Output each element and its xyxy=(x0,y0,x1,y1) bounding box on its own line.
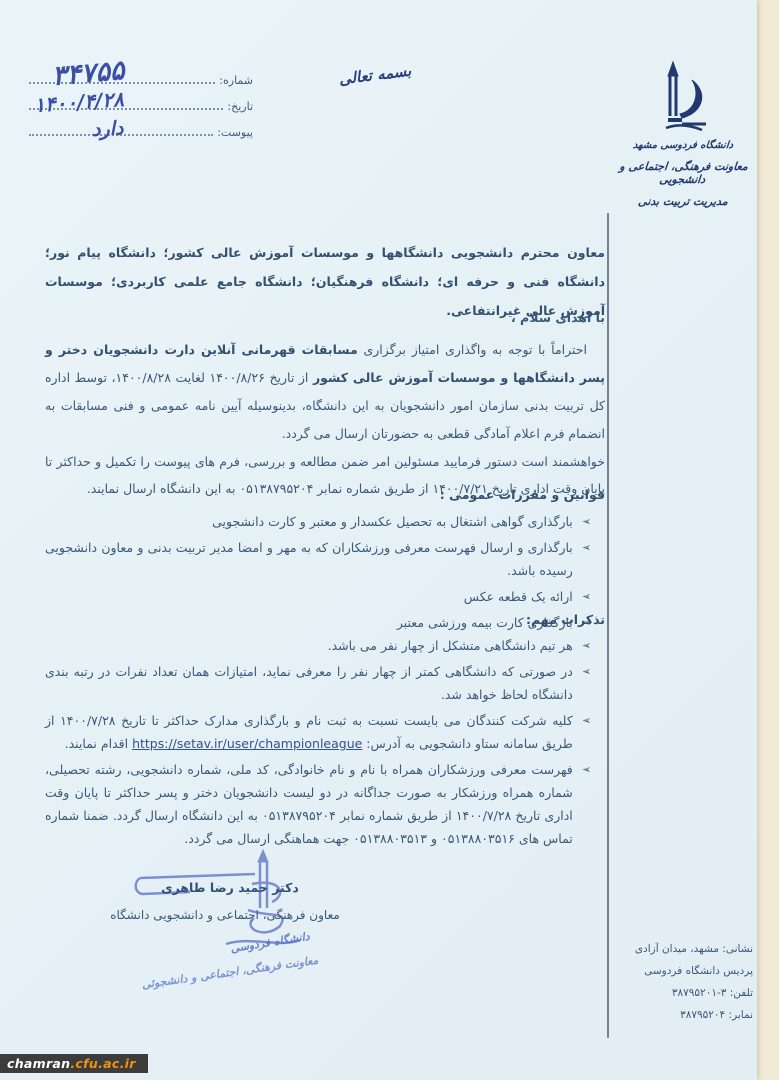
letterhead-university-name: دانشگاه فردوسی مشهد xyxy=(607,140,758,151)
notes-list: ➢ هر تیم دانشگاهی متشکل از چهار نفر می ب… xyxy=(45,634,605,853)
letterhead: دانشگاه فردوسی مشهد معاونت فرهنگی، اجتما… xyxy=(608,58,758,208)
notes-item: ➢ در صورتی که دانشگاهی کمتر از چهار نفر … xyxy=(45,660,605,706)
watermark-site-domain: .cfu.ac.ir xyxy=(70,1056,135,1071)
handwritten-attachment-value: دارد xyxy=(91,117,123,141)
rules-item-text: بارگذاری گواهی اشتغال به تحصیل عکسدار و … xyxy=(45,510,573,533)
bullet-arrow-icon: ➢ xyxy=(582,709,591,755)
salutation: با اهدای سلام ، xyxy=(45,310,605,325)
scanned-letter-page: شماره: تاریخ: پیوست: ۳۴۷۵۵ ۱۴۰۰/۴/۲۸ دار… xyxy=(0,0,757,1080)
footer-address-line1: نشانی: مشهد، میدان آزادی xyxy=(615,938,753,960)
notes-item-text: فهرست معرفی ورزشکاران همراه با نام و نام… xyxy=(45,758,573,850)
letterhead-department-line2: مدیریت تربیت بدنی xyxy=(607,195,758,208)
footer-contact-block: نشانی: مشهد، میدان آزادی پردیس دانشگاه ف… xyxy=(615,938,753,1026)
bullet-arrow-icon: ➢ xyxy=(582,634,591,657)
intro-paragraph-start: احتراماً با توجه به واگذاری امتیاز برگزا… xyxy=(358,342,587,357)
footer-address-line2: پردیس دانشگاه فردوسی xyxy=(615,960,753,982)
notes-item-text: در صورتی که دانشگاهی کمتر از چهار نفر را… xyxy=(45,660,573,706)
rules-item: ➢ ارائه یک قطعه عکس xyxy=(45,585,605,608)
bullet-arrow-icon: ➢ xyxy=(582,758,591,850)
number-label: شماره: xyxy=(219,74,253,87)
university-logo-icon xyxy=(652,58,714,136)
signature-block: دکتر حمید رضا طاهری معاون فرهنگی، اجتماع… xyxy=(60,848,390,1008)
letterhead-vertical-rule xyxy=(607,213,609,1038)
bullet-arrow-icon: ➢ xyxy=(582,510,591,533)
bismillah-calligraphy: بسمه تعالی xyxy=(329,61,421,90)
notes-item: ➢ هر تیم دانشگاهی متشکل از چهار نفر می ب… xyxy=(45,634,605,657)
rules-item: ➢ بارگذاری و ارسال فهرست معرفی ورزشکاران… xyxy=(45,536,605,582)
attachment-row: پیوست: xyxy=(25,122,253,148)
attachment-label: پیوست: xyxy=(217,126,253,139)
registration-text-after: اقدام نمایند. xyxy=(65,736,132,751)
notes-item-registration: ➢ کلیه شرکت کنندگان می بایست نسبت به ثبت… xyxy=(45,709,605,755)
date-label: تاریخ: xyxy=(227,100,253,113)
rules-item-text: ارائه یک قطعه عکس xyxy=(45,585,573,608)
notes-item-text: هر تیم دانشگاهی متشکل از چهار نفر می باش… xyxy=(45,634,573,657)
footer-fax: نمابر: ۳۸۷۹۵۲۰۴ xyxy=(615,1004,753,1026)
letterhead-department-line1: معاونت فرهنگی، اجتماعی و دانشجویی xyxy=(607,160,760,186)
notes-section-title: تذکرات مهم: xyxy=(45,612,605,627)
rules-item-text: بارگذاری و ارسال فهرست معرفی ورزشکاران ک… xyxy=(45,536,573,582)
watermark-site-name: chamran xyxy=(7,1056,70,1071)
notes-item: ➢ فهرست معرفی ورزشکاران همراه با نام و ن… xyxy=(45,758,605,850)
setav-registration-link[interactable]: https://setav.ir/user/championleague xyxy=(132,736,362,751)
intro-paragraph: احتراماً با توجه به واگذاری امتیاز برگزا… xyxy=(45,336,605,448)
signatory-name: دکتر حمید رضا طاهری xyxy=(120,880,340,895)
footer-phone: تلفن: ۳-۳۸۷۹۵۲۰۱ xyxy=(615,982,753,1004)
site-watermark: chamran.cfu.ac.ir xyxy=(0,1054,148,1073)
rules-section-title: قوانین و مقررات عمومی : xyxy=(45,487,605,502)
signatory-role: معاون فرهنگی، اجتماعی و دانشجویی دانشگاه xyxy=(60,908,390,922)
bullet-arrow-icon: ➢ xyxy=(582,585,591,608)
notes-item-text: کلیه شرکت کنندگان می بایست نسبت به ثبت ن… xyxy=(45,709,573,755)
rules-item: ➢ بارگذاری گواهی اشتغال به تحصیل عکسدار … xyxy=(45,510,605,533)
bullet-arrow-icon: ➢ xyxy=(582,660,591,706)
bullet-arrow-icon: ➢ xyxy=(582,536,591,582)
